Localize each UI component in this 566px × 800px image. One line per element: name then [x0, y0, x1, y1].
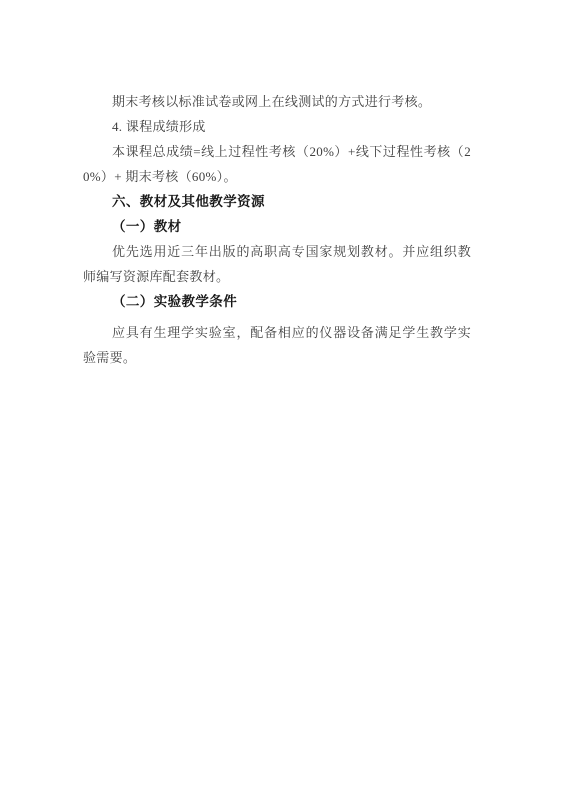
section-heading-six-teaching-resources: 六、教材及其他教学资源	[83, 189, 471, 214]
subsection-heading-two-lab-conditions: （二）实验教学条件	[83, 289, 471, 314]
paragraph-lab-requirements: 应具有生理学实验室，配备相应的仪器设备满足学生教学实验需要。	[83, 320, 471, 370]
paragraph-total-grade-formula: 本课程总成绩=线上过程性考核（20%）+线下过程性考核（20%）+ 期末考核（6…	[83, 139, 471, 189]
paragraph-final-exam-method: 期末考核以标准试卷或网上在线测试的方式进行考核。	[83, 89, 471, 114]
document-page: 期末考核以标准试卷或网上在线测试的方式进行考核。 4. 课程成绩形成 本课程总成…	[0, 0, 566, 800]
list-item-4-course-grade-formation: 4. 课程成绩形成	[83, 114, 471, 139]
subsection-heading-one-textbook: （一）教材	[83, 214, 471, 239]
paragraph-textbook-selection: 优先选用近三年出版的高职高专国家规划教材。并应组织教师编写资源库配套教材。	[83, 239, 471, 289]
